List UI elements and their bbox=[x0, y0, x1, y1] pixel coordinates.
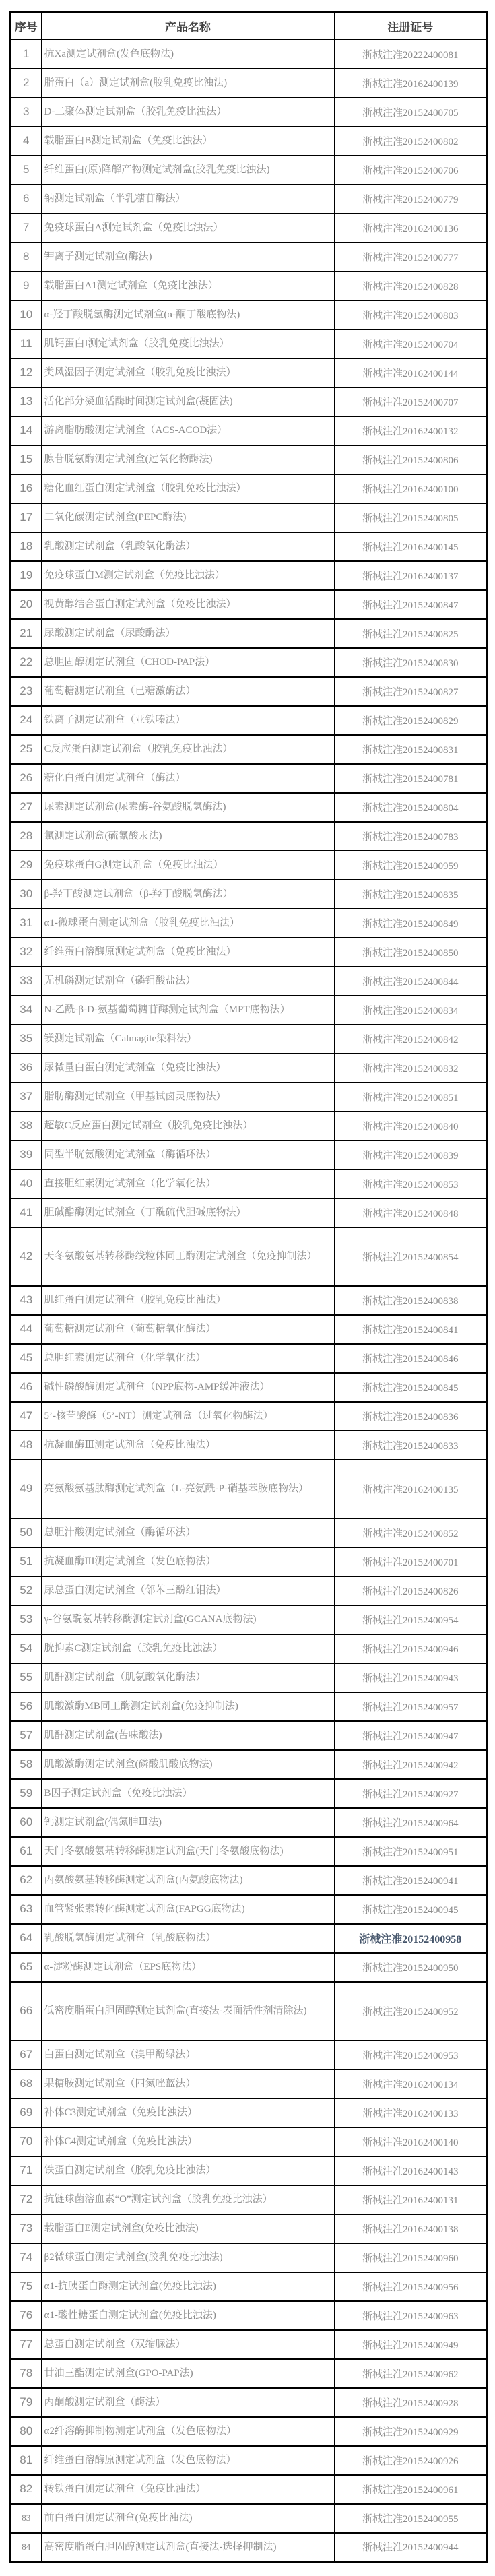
product-name-cell: 脂肪酶测定试剂盒（甲基试卤灵底物法） bbox=[42, 1083, 335, 1112]
cert-number-cell: 浙械注准20152400953 bbox=[335, 2040, 487, 2069]
table-row: 80α2纤溶酶抑制物测定试剂盒（发色底物法）浙械注准20152400929 bbox=[11, 2417, 487, 2446]
table-row: 7免疫球蛋白A测定试剂盒（免疫比浊法）浙械注准20162400136 bbox=[11, 214, 487, 243]
table-row: 25C反应蛋白测定试剂盒（胶乳免疫比浊法）浙械注准20152400831 bbox=[11, 735, 487, 764]
row-number-cell: 12 bbox=[11, 358, 42, 387]
table-row: 16糖化血红蛋白测定试剂盒（胶乳免疫比浊法）浙械注准20162400100 bbox=[11, 474, 487, 503]
row-number-cell: 3 bbox=[11, 98, 42, 127]
table-row: 27尿素测定试剂盒(尿素酶-谷氨酸脱氢酶法)浙械注准20152400804 bbox=[11, 793, 487, 822]
table-row: 65α-淀粉酶测定试剂盒（EPS底物法）浙械注准20152400950 bbox=[11, 1953, 487, 1982]
table-header: 序号 产品名称 注册证号 bbox=[11, 13, 487, 40]
table-row: 1抗Xa测定试剂盒(发色底物法)浙械注准20222400081 bbox=[11, 40, 487, 69]
cert-number-cell: 浙械注准20152400842 bbox=[335, 1025, 487, 1054]
row-number-cell: 66 bbox=[11, 1982, 42, 2040]
cert-number-cell: 浙械注准20152400704 bbox=[335, 329, 487, 358]
table-row: 72抗链球菌溶血素“O”测定试剂盒（胶乳免疫比浊法）浙械注准2016240013… bbox=[11, 2185, 487, 2214]
product-name-cell: 尿酸测定试剂盒（尿酸酶法） bbox=[42, 619, 335, 648]
row-number-cell: 6 bbox=[11, 185, 42, 214]
table-row: 54胱抑素C测定试剂盒（胶乳免疫比浊法）浙械注准20152400946 bbox=[11, 1634, 487, 1663]
table-row: 61天门冬氨酸氨基转移酶测定试剂盒(天门冬氨酸底物法)浙械注准201524009… bbox=[11, 1837, 487, 1866]
table-row: 75α1-抗胰蛋白酶测定试剂盒(免疫比浊法)浙械注准20152400956 bbox=[11, 2272, 487, 2301]
product-name-cell: 葡萄糖测定试剂盒（葡萄糖氧化酶法） bbox=[42, 1315, 335, 1344]
cert-number-cell: 浙械注准20152400831 bbox=[335, 735, 487, 764]
product-name-cell: 二氧化碳测定试剂盒(PEPC酶法) bbox=[42, 503, 335, 532]
table-row: 6钠测定试剂盒（半乳糖苷酶法）浙械注准20152400779 bbox=[11, 185, 487, 214]
cert-number-cell: 浙械注准20152400705 bbox=[335, 98, 487, 127]
cert-number-cell: 浙械注准20152400958 bbox=[335, 1924, 487, 1953]
cert-number-cell: 浙械注准20162400135 bbox=[335, 1460, 487, 1518]
header-serial-number: 序号 bbox=[11, 13, 42, 40]
cert-number-cell: 浙械注准20162400133 bbox=[335, 2098, 487, 2127]
row-number-cell: 45 bbox=[11, 1344, 42, 1373]
row-number-cell: 58 bbox=[11, 1750, 42, 1779]
row-number-cell: 69 bbox=[11, 2098, 42, 2127]
product-name-cell: α-羟丁酸脱氢酶测定试剂盒(α-酮丁酸底物法) bbox=[42, 300, 335, 329]
cert-number-cell: 浙械注准20152400929 bbox=[335, 2417, 487, 2446]
row-number-cell: 7 bbox=[11, 214, 42, 243]
row-number-cell: 82 bbox=[11, 2475, 42, 2504]
product-name-cell: 糖化血红蛋白测定试剂盒（胶乳免疫比浊法） bbox=[42, 474, 335, 503]
cert-number-cell: 浙械注准20152400804 bbox=[335, 793, 487, 822]
table-row: 49亮氨酸氨基肽酶测定试剂盒（L-亮氨酰-P-硝基苯胺底物法）浙械注准20162… bbox=[11, 1460, 487, 1518]
table-row: 81纤维蛋白溶酶原测定试剂盒（发色底物法）浙械注准20152400926 bbox=[11, 2446, 487, 2475]
row-number-cell: 77 bbox=[11, 2330, 42, 2359]
product-name-cell: 肌酸激酶测定试剂盒(磷酸肌酸底物法) bbox=[42, 1750, 335, 1779]
table-row: 68果糖胺测定试剂盒（四氮唑蓝法）浙械注准20162400134 bbox=[11, 2069, 487, 2098]
product-name-cell: 钾离子测定试剂盒(酶法) bbox=[42, 243, 335, 271]
row-number-cell: 64 bbox=[11, 1924, 42, 1953]
table-row: 83前白蛋白测定试剂盒(免疫比浊法)浙械注准20152400955 bbox=[11, 2504, 487, 2533]
cert-number-cell: 浙械注准20152400783 bbox=[335, 822, 487, 851]
table-row: 12类风湿因子测定试剂盒（胶乳免疫比浊法）浙械注准20162400144 bbox=[11, 358, 487, 387]
product-name-cell: 钙测定试剂盒(偶氮胂Ⅲ法) bbox=[42, 1808, 335, 1837]
table-row: 11肌钙蛋白I测定试剂盒（胶乳免疫比浊法）浙械注准20152400704 bbox=[11, 329, 487, 358]
cert-number-cell: 浙械注准20162400138 bbox=[335, 2214, 487, 2243]
product-name-cell: N-乙酰-β-D-氨基葡萄糖苷酶测定试剂盒（MPT底物法） bbox=[42, 996, 335, 1025]
product-name-cell: 尿总蛋白测定试剂盒（邻苯三酚红钼法） bbox=[42, 1576, 335, 1605]
row-number-cell: 53 bbox=[11, 1605, 42, 1634]
table-row: 41胆碱酯酶测定试剂盒（丁酰硫代胆碱底物法）浙械注准20152400848 bbox=[11, 1198, 487, 1227]
row-number-cell: 34 bbox=[11, 996, 42, 1025]
product-name-cell: α-淀粉酶测定试剂盒（EPS底物法） bbox=[42, 1953, 335, 1982]
product-name-cell: 总胆固醇测定试剂盒（CHOD-PAP法） bbox=[42, 648, 335, 677]
row-number-cell: 16 bbox=[11, 474, 42, 503]
product-name-cell: 脂蛋白（a）测定试剂盒(胶乳免疫比浊法) bbox=[42, 69, 335, 98]
product-name-cell: γ-谷氨酰氨基转移酶测定试剂盒(GCANA底物法) bbox=[42, 1605, 335, 1634]
row-number-cell: 13 bbox=[11, 387, 42, 416]
row-number-cell: 84 bbox=[11, 2533, 42, 2562]
cert-number-cell: 浙械注准20152400852 bbox=[335, 1518, 487, 1547]
cert-number-cell: 浙械注准20152400841 bbox=[335, 1315, 487, 1344]
cert-number-cell: 浙械注准20152400952 bbox=[335, 1982, 487, 2040]
cert-number-cell: 浙械注准20152400943 bbox=[335, 1663, 487, 1692]
product-name-cell: 碱性磷酸酶测定试剂盒（NPP底物-AMP缓冲液法） bbox=[42, 1373, 335, 1402]
cert-number-cell: 浙械注准20152400928 bbox=[335, 2388, 487, 2417]
row-number-cell: 28 bbox=[11, 822, 42, 851]
table-row: 78甘油三酯测定试剂盒(GPO-PAP法)浙械注准20152400962 bbox=[11, 2359, 487, 2388]
row-number-cell: 83 bbox=[11, 2504, 42, 2533]
product-name-cell: 超敏C反应蛋白测定试剂盒（胶乳免疫比浊法） bbox=[42, 1112, 335, 1140]
table-row: 29免疫球蛋白G测定试剂盒（免疫比浊法）浙械注准20152400959 bbox=[11, 851, 487, 880]
table-row: 475’-核苷酸酶（5’-NT）测定试剂盒（过氧化物酶法）浙械注准2015240… bbox=[11, 1402, 487, 1431]
row-number-cell: 70 bbox=[11, 2127, 42, 2156]
product-name-cell: 肌钙蛋白I测定试剂盒（胶乳免疫比浊法） bbox=[42, 329, 335, 358]
cert-number-cell: 浙械注准20162400143 bbox=[335, 2156, 487, 2185]
row-number-cell: 80 bbox=[11, 2417, 42, 2446]
product-name-cell: 胆碱酯酶测定试剂盒（丁酰硫代胆碱底物法） bbox=[42, 1198, 335, 1227]
product-name-cell: 免疫球蛋白A测定试剂盒（免疫比浊法） bbox=[42, 214, 335, 243]
cert-number-cell: 浙械注准20152400954 bbox=[335, 1605, 487, 1634]
table-row: 38超敏C反应蛋白测定试剂盒（胶乳免疫比浊法）浙械注准20152400840 bbox=[11, 1112, 487, 1140]
table-row: 57肌酐测定试剂盒(苦味酸法)浙械注准20152400947 bbox=[11, 1721, 487, 1750]
table-row: 19免疫球蛋白M测定试剂盒（免疫比浊法）浙械注准20162400137 bbox=[11, 561, 487, 590]
row-number-cell: 21 bbox=[11, 619, 42, 648]
header-row: 序号 产品名称 注册证号 bbox=[11, 13, 487, 40]
table-row: 23葡萄糖测定试剂盒（已糖激酶法）浙械注准20152400827 bbox=[11, 677, 487, 706]
cert-number-cell: 浙械注准20152400840 bbox=[335, 1112, 487, 1140]
product-name-cell: 铁离子测定试剂盒（亚铁嗪法） bbox=[42, 706, 335, 735]
cert-number-cell: 浙械注准20152400961 bbox=[335, 2475, 487, 2504]
table-row: 36尿微量白蛋白测定试剂盒（免疫比浊法）浙械注准20152400832 bbox=[11, 1054, 487, 1083]
row-number-cell: 36 bbox=[11, 1054, 42, 1083]
table-row: 74β2微球蛋白测定试剂盒(胶乳免疫比浊法)浙械注准20152400960 bbox=[11, 2243, 487, 2272]
row-number-cell: 42 bbox=[11, 1227, 42, 1286]
table-row: 45总胆红素测定试剂盒（化学氧化法）浙械注准20152400846 bbox=[11, 1344, 487, 1373]
cert-number-cell: 浙械注准20152400845 bbox=[335, 1373, 487, 1402]
row-number-cell: 32 bbox=[11, 938, 42, 967]
row-number-cell: 25 bbox=[11, 735, 42, 764]
row-number-cell: 60 bbox=[11, 1808, 42, 1837]
cert-number-cell: 浙械注准20152400828 bbox=[335, 271, 487, 300]
row-number-cell: 20 bbox=[11, 590, 42, 619]
table-row: 62丙氨酸氨基转移酶测定试剂盒(丙氨酸底物法)浙械注准20152400941 bbox=[11, 1866, 487, 1895]
table-row: 31α1-微球蛋白测定试剂盒（胶乳免疫比浊法）浙械注准20152400849 bbox=[11, 909, 487, 938]
cert-number-cell: 浙械注准20152400963 bbox=[335, 2301, 487, 2330]
table-row: 24铁离子测定试剂盒（亚铁嗪法）浙械注准20152400829 bbox=[11, 706, 487, 735]
table-row: 51抗凝血酶III测定试剂盒（发色底物法）浙械注准20152400701 bbox=[11, 1547, 487, 1576]
product-name-cell: 铁蛋白测定试剂盒（胶乳免疫比浊法） bbox=[42, 2156, 335, 2185]
cert-number-cell: 浙械注准20152400956 bbox=[335, 2272, 487, 2301]
table-row: 84高密度脂蛋白胆固醇测定试剂盒(直接法-选择抑制法)浙械注准201524009… bbox=[11, 2533, 487, 2562]
cert-number-cell: 浙械注准20152400926 bbox=[335, 2446, 487, 2475]
cert-number-cell: 浙械注准20152400847 bbox=[335, 590, 487, 619]
row-number-cell: 39 bbox=[11, 1140, 42, 1169]
cert-number-cell: 浙械注准20152400949 bbox=[335, 2330, 487, 2359]
product-name-cell: 类风湿因子测定试剂盒（胶乳免疫比浊法） bbox=[42, 358, 335, 387]
product-name-cell: 糖化白蛋白测定试剂盒（酶法） bbox=[42, 764, 335, 793]
product-name-cell: 胱抑素C测定试剂盒（胶乳免疫比浊法） bbox=[42, 1634, 335, 1663]
cert-number-cell: 浙械注准20152400950 bbox=[335, 1953, 487, 1982]
product-name-cell: α1-酸性糖蛋白测定试剂盒(免疫比浊法) bbox=[42, 2301, 335, 2330]
cert-number-cell: 浙械注准20152400835 bbox=[335, 880, 487, 909]
table-row: 69补体C3测定试剂盒（免疫比浊法）浙械注准20162400133 bbox=[11, 2098, 487, 2127]
cert-number-cell: 浙械注准20152400960 bbox=[335, 2243, 487, 2272]
row-number-cell: 22 bbox=[11, 648, 42, 677]
table-row: 71铁蛋白测定试剂盒（胶乳免疫比浊法）浙械注准20162400143 bbox=[11, 2156, 487, 2185]
product-name-cell: 直接胆红素测定试剂盒（化学氧化法） bbox=[42, 1169, 335, 1198]
cert-number-cell: 浙械注准20152400927 bbox=[335, 1779, 487, 1808]
cert-number-cell: 浙械注准20152400947 bbox=[335, 1721, 487, 1750]
table-row: 20视黄醇结合蛋白测定试剂盒（免疫比浊法）浙械注准20152400847 bbox=[11, 590, 487, 619]
cert-number-cell: 浙械注准20152400848 bbox=[335, 1198, 487, 1227]
cert-number-cell: 浙械注准20152400701 bbox=[335, 1547, 487, 1576]
table-row: 10α-羟丁酸脱氢酶测定试剂盒(α-酮丁酸底物法)浙械注准20152400803 bbox=[11, 300, 487, 329]
product-name-cell: 尿素测定试剂盒(尿素酶-谷氨酸脱氢酶法) bbox=[42, 793, 335, 822]
product-name-cell: β-羟丁酸测定试剂盒（β-羟丁酸脱氢酶法） bbox=[42, 880, 335, 909]
row-number-cell: 15 bbox=[11, 445, 42, 474]
table-row: 73载脂蛋白E测定试剂盒(免疫比浊法)浙械注准20162400138 bbox=[11, 2214, 487, 2243]
cert-number-cell: 浙械注准20152400844 bbox=[335, 967, 487, 996]
cert-number-cell: 浙械注准20152400964 bbox=[335, 1808, 487, 1837]
product-name-cell: B因子测定试剂盒（免疫比浊法） bbox=[42, 1779, 335, 1808]
row-number-cell: 1 bbox=[11, 40, 42, 69]
row-number-cell: 44 bbox=[11, 1315, 42, 1344]
cert-number-cell: 浙械注准20162400145 bbox=[335, 532, 487, 561]
cert-number-cell: 浙械注准20152400849 bbox=[335, 909, 487, 938]
product-name-cell: 载脂蛋白E测定试剂盒(免疫比浊法) bbox=[42, 2214, 335, 2243]
product-name-cell: D-二聚体测定试剂盒（胶乳免疫比浊法） bbox=[42, 98, 335, 127]
row-number-cell: 5 bbox=[11, 156, 42, 185]
product-name-cell: 游离脂肪酸测定试剂盒（ACS-ACOD法） bbox=[42, 416, 335, 445]
table-row: 18乳酸测定试剂盒（乳酸氧化酶法）浙械注准20162400145 bbox=[11, 532, 487, 561]
row-number-cell: 81 bbox=[11, 2446, 42, 2475]
table-row: 37脂肪酶测定试剂盒（甲基试卤灵底物法）浙械注准20152400851 bbox=[11, 1083, 487, 1112]
product-name-cell: 转铁蛋白测定试剂盒（免疫比浊法） bbox=[42, 2475, 335, 2504]
cert-number-cell: 浙械注准20152400853 bbox=[335, 1169, 487, 1198]
product-name-cell: 前白蛋白测定试剂盒(免疫比浊法) bbox=[42, 2504, 335, 2533]
cert-number-cell: 浙械注准20152400707 bbox=[335, 387, 487, 416]
cert-number-cell: 浙械注准20152400951 bbox=[335, 1837, 487, 1866]
cert-number-cell: 浙械注准20152400850 bbox=[335, 938, 487, 967]
product-name-cell: 总蛋白测定试剂盒（双缩脲法） bbox=[42, 2330, 335, 2359]
cert-number-cell: 浙械注准20162400132 bbox=[335, 416, 487, 445]
row-number-cell: 46 bbox=[11, 1373, 42, 1402]
row-number-cell: 67 bbox=[11, 2040, 42, 2069]
row-number-cell: 49 bbox=[11, 1460, 42, 1518]
cert-number-cell: 浙械注准20162400139 bbox=[335, 69, 487, 98]
row-number-cell: 41 bbox=[11, 1198, 42, 1227]
cert-number-cell: 浙械注准20152400825 bbox=[335, 619, 487, 648]
product-name-cell: 镁测定试剂盒（Calmagite染料法） bbox=[42, 1025, 335, 1054]
table-row: 21尿酸测定试剂盒（尿酸酶法）浙械注准20152400825 bbox=[11, 619, 487, 648]
table-row: 70补体C4测定试剂盒（免疫比浊法）浙械注准20162400140 bbox=[11, 2127, 487, 2156]
product-name-cell: 天门冬氨酸氨基转移酶测定试剂盒(天门冬氨酸底物法) bbox=[42, 1837, 335, 1866]
row-number-cell: 71 bbox=[11, 2156, 42, 2185]
table-row: 39同型半胱氨酸测定试剂盒（酶循环法）浙械注准20152400839 bbox=[11, 1140, 487, 1169]
row-number-cell: 11 bbox=[11, 329, 42, 358]
row-number-cell: 17 bbox=[11, 503, 42, 532]
product-name-cell: 抗Xa测定试剂盒(发色底物法) bbox=[42, 40, 335, 69]
table-row: 44葡萄糖测定试剂盒（葡萄糖氧化酶法）浙械注准20152400841 bbox=[11, 1315, 487, 1344]
cert-number-cell: 浙械注准20152400957 bbox=[335, 1692, 487, 1721]
row-number-cell: 50 bbox=[11, 1518, 42, 1547]
product-name-cell: 低密度脂蛋白胆固醇测定试剂盒(直接法-表面活性剂清除法) bbox=[42, 1982, 335, 2040]
cert-number-cell: 浙械注准20152400830 bbox=[335, 648, 487, 677]
row-number-cell: 43 bbox=[11, 1286, 42, 1315]
cert-number-cell: 浙械注准20152400959 bbox=[335, 851, 487, 880]
row-number-cell: 2 bbox=[11, 69, 42, 98]
product-name-cell: 肌酐测定试剂盒(苦味酸法) bbox=[42, 1721, 335, 1750]
table-row: 43肌红蛋白测定试剂盒（胶乳免疫比浊法）浙械注准20152400838 bbox=[11, 1286, 487, 1315]
product-name-cell: 甘油三酯测定试剂盒(GPO-PAP法) bbox=[42, 2359, 335, 2388]
cert-number-cell: 浙械注准20152400854 bbox=[335, 1227, 487, 1286]
header-cert-number: 注册证号 bbox=[335, 13, 487, 40]
row-number-cell: 24 bbox=[11, 706, 42, 735]
table-row: 53γ-谷氨酰氨基转移酶测定试剂盒(GCANA底物法)浙械注准201524009… bbox=[11, 1605, 487, 1634]
cert-number-cell: 浙械注准20162400140 bbox=[335, 2127, 487, 2156]
product-name-cell: 纤维蛋白溶酶原测定试剂盒（免疫比浊法） bbox=[42, 938, 335, 967]
table-row: 32纤维蛋白溶酶原测定试剂盒（免疫比浊法）浙械注准20152400850 bbox=[11, 938, 487, 967]
product-name-cell: 抗凝血酶III测定试剂盒（发色底物法） bbox=[42, 1547, 335, 1576]
product-name-cell: 丙酮酸测定试剂盒（酶法） bbox=[42, 2388, 335, 2417]
product-name-cell: 肌酐测定试剂盒（肌氨酸氧化酶法） bbox=[42, 1663, 335, 1692]
row-number-cell: 63 bbox=[11, 1895, 42, 1924]
table-row: 63血管紧张素转化酶测定试剂盒(FAPGG底物法)浙械注准20152400945 bbox=[11, 1895, 487, 1924]
cert-number-cell: 浙械注准20152400946 bbox=[335, 1634, 487, 1663]
table-row: 8钾离子测定试剂盒(酶法)浙械注准20152400777 bbox=[11, 243, 487, 271]
header-product-name: 产品名称 bbox=[42, 13, 335, 40]
cert-number-cell: 浙械注准20152400706 bbox=[335, 156, 487, 185]
table-row: 5纤维蛋白(原)降解产物测定试剂盒(胶乳免疫比浊法)浙械注准2015240070… bbox=[11, 156, 487, 185]
table-row: 79丙酮酸测定试剂盒（酶法）浙械注准20152400928 bbox=[11, 2388, 487, 2417]
cert-number-cell: 浙械注准20162400144 bbox=[335, 358, 487, 387]
table-body: 1抗Xa测定试剂盒(发色底物法)浙械注准202224000812脂蛋白（a）测定… bbox=[11, 40, 487, 2562]
table-row: 13活化部分凝血活酶时间测定试剂盒(凝固法)浙械注准20152400707 bbox=[11, 387, 487, 416]
table-row: 15腺苷脱氨酶测定试剂盒(过氧化物酶法)浙械注准20152400806 bbox=[11, 445, 487, 474]
product-name-cell: 氯测定试剂盒(硫氰酸汞法) bbox=[42, 822, 335, 851]
cert-number-cell: 浙械注准20152400941 bbox=[335, 1866, 487, 1895]
table-row: 52尿总蛋白测定试剂盒（邻苯三酚红钼法）浙械注准20152400826 bbox=[11, 1576, 487, 1605]
product-name-cell: 纤维蛋白(原)降解产物测定试剂盒(胶乳免疫比浊法) bbox=[42, 156, 335, 185]
cert-number-cell: 浙械注准20152400834 bbox=[335, 996, 487, 1025]
cert-number-cell: 浙械注准20162400136 bbox=[335, 214, 487, 243]
cert-number-cell: 浙械注准20152400839 bbox=[335, 1140, 487, 1169]
table-row: 67白蛋白测定试剂盒（溴甲酚绿法）浙械注准20152400953 bbox=[11, 2040, 487, 2069]
row-number-cell: 18 bbox=[11, 532, 42, 561]
product-name-cell: 活化部分凝血活酶时间测定试剂盒(凝固法) bbox=[42, 387, 335, 416]
table-row: 82转铁蛋白测定试剂盒（免疫比浊法）浙械注准20152400961 bbox=[11, 2475, 487, 2504]
table-row: 4载脂蛋白B测定试剂盒（免疫比浊法）浙械注准20152400802 bbox=[11, 127, 487, 156]
product-name-cell: α1-微球蛋白测定试剂盒（胶乳免疫比浊法） bbox=[42, 909, 335, 938]
cert-number-cell: 浙械注准20152400962 bbox=[335, 2359, 487, 2388]
product-name-cell: 载脂蛋白B测定试剂盒（免疫比浊法） bbox=[42, 127, 335, 156]
product-name-cell: α2纤溶酶抑制物测定试剂盒（发色底物法） bbox=[42, 2417, 335, 2446]
row-number-cell: 52 bbox=[11, 1576, 42, 1605]
product-name-cell: 高密度脂蛋白胆固醇测定试剂盒(直接法-选择抑制法) bbox=[42, 2533, 335, 2562]
cert-number-cell: 浙械注准20152400803 bbox=[335, 300, 487, 329]
product-name-cell: 丙氨酸氨基转移酶测定试剂盒(丙氨酸底物法) bbox=[42, 1866, 335, 1895]
table-row: 22总胆固醇测定试剂盒（CHOD-PAP法）浙械注准20152400830 bbox=[11, 648, 487, 677]
product-name-cell: 视黄醇结合蛋白测定试剂盒（免疫比浊法） bbox=[42, 590, 335, 619]
table-row: 28氯测定试剂盒(硫氰酸汞法)浙械注准20152400783 bbox=[11, 822, 487, 851]
row-number-cell: 38 bbox=[11, 1112, 42, 1140]
product-name-cell: 免疫球蛋白M测定试剂盒（免疫比浊法） bbox=[42, 561, 335, 590]
row-number-cell: 51 bbox=[11, 1547, 42, 1576]
table-row: 34N-乙酰-β-D-氨基葡萄糖苷酶测定试剂盒（MPT底物法）浙械注准20152… bbox=[11, 996, 487, 1025]
row-number-cell: 68 bbox=[11, 2069, 42, 2098]
cert-number-cell: 浙械注准20152400806 bbox=[335, 445, 487, 474]
product-name-cell: 抗凝血酶Ⅲ测定试剂盒（免疫比浊法） bbox=[42, 1431, 335, 1460]
row-number-cell: 57 bbox=[11, 1721, 42, 1750]
product-name-cell: 果糖胺测定试剂盒（四氮唑蓝法） bbox=[42, 2069, 335, 2098]
table-row: 48抗凝血酶Ⅲ测定试剂盒（免疫比浊法）浙械注准20152400833 bbox=[11, 1431, 487, 1460]
table-row: 14游离脂肪酸测定试剂盒（ACS-ACOD法）浙械注准20162400132 bbox=[11, 416, 487, 445]
row-number-cell: 79 bbox=[11, 2388, 42, 2417]
product-name-cell: 白蛋白测定试剂盒（溴甲酚绿法） bbox=[42, 2040, 335, 2069]
table-row: 66低密度脂蛋白胆固醇测定试剂盒(直接法-表面活性剂清除法)浙械注准201524… bbox=[11, 1982, 487, 2040]
table-row: 46碱性磷酸酶测定试剂盒（NPP底物-AMP缓冲液法）浙械注准201524008… bbox=[11, 1373, 487, 1402]
cert-number-cell: 浙械注准20152400779 bbox=[335, 185, 487, 214]
row-number-cell: 33 bbox=[11, 967, 42, 996]
table-row: 55肌酐测定试剂盒（肌氨酸氧化酶法）浙械注准20152400943 bbox=[11, 1663, 487, 1692]
cert-number-cell: 浙械注准20152400805 bbox=[335, 503, 487, 532]
product-name-cell: 亮氨酸氨基肽酶测定试剂盒（L-亮氨酰-P-硝基苯胺底物法） bbox=[42, 1460, 335, 1518]
row-number-cell: 9 bbox=[11, 271, 42, 300]
product-name-cell: 5’-核苷酸酶（5’-NT）测定试剂盒（过氧化物酶法） bbox=[42, 1402, 335, 1431]
product-name-cell: 腺苷脱氨酶测定试剂盒(过氧化物酶法) bbox=[42, 445, 335, 474]
product-name-cell: C反应蛋白测定试剂盒（胶乳免疫比浊法） bbox=[42, 735, 335, 764]
row-number-cell: 75 bbox=[11, 2272, 42, 2301]
product-name-cell: 血管紧张素转化酶测定试剂盒(FAPGG底物法) bbox=[42, 1895, 335, 1924]
product-name-cell: 免疫球蛋白G测定试剂盒（免疫比浊法） bbox=[42, 851, 335, 880]
row-number-cell: 23 bbox=[11, 677, 42, 706]
document-page: 序号 产品名称 注册证号 1抗Xa测定试剂盒(发色底物法)浙械注准2022240… bbox=[0, 0, 495, 2576]
row-number-cell: 10 bbox=[11, 300, 42, 329]
row-number-cell: 73 bbox=[11, 2214, 42, 2243]
cert-number-cell: 浙械注准20152400944 bbox=[335, 2533, 487, 2562]
product-name-cell: 天冬氨酸氨基转移酶线粒体同工酶测定试剂盒（免疫抑制法） bbox=[42, 1227, 335, 1286]
product-name-cell: 无机磷测定试剂盒（磷钼酸盐法） bbox=[42, 967, 335, 996]
table-row: 56肌酸激酶MB同工酶测定试剂盒(免疫抑制法)浙械注准20152400957 bbox=[11, 1692, 487, 1721]
row-number-cell: 78 bbox=[11, 2359, 42, 2388]
cert-number-cell: 浙械注准20152400833 bbox=[335, 1431, 487, 1460]
product-name-cell: 同型半胱氨酸测定试剂盒（酶循环法） bbox=[42, 1140, 335, 1169]
table-row: 9载脂蛋白A1测定试剂盒（免疫比浊法）浙械注准20152400828 bbox=[11, 271, 487, 300]
cert-number-cell: 浙械注准20222400081 bbox=[335, 40, 487, 69]
table-row: 77总蛋白测定试剂盒（双缩脲法）浙械注准20152400949 bbox=[11, 2330, 487, 2359]
product-name-cell: 总胆汁酸测定试剂盒（酶循环法） bbox=[42, 1518, 335, 1547]
cert-number-cell: 浙械注准20152400829 bbox=[335, 706, 487, 735]
cert-number-cell: 浙械注准20152400846 bbox=[335, 1344, 487, 1373]
row-number-cell: 72 bbox=[11, 2185, 42, 2214]
product-name-cell: 抗链球菌溶血素“O”测定试剂盒（胶乳免疫比浊法） bbox=[42, 2185, 335, 2214]
product-name-cell: 尿微量白蛋白测定试剂盒（免疫比浊法） bbox=[42, 1054, 335, 1083]
cert-number-cell: 浙械注准20152400832 bbox=[335, 1054, 487, 1083]
row-number-cell: 31 bbox=[11, 909, 42, 938]
row-number-cell: 14 bbox=[11, 416, 42, 445]
row-number-cell: 4 bbox=[11, 127, 42, 156]
product-name-cell: α1-抗胰蛋白酶测定试剂盒(免疫比浊法) bbox=[42, 2272, 335, 2301]
row-number-cell: 74 bbox=[11, 2243, 42, 2272]
cert-number-cell: 浙械注准20152400802 bbox=[335, 127, 487, 156]
row-number-cell: 65 bbox=[11, 1953, 42, 1982]
row-number-cell: 54 bbox=[11, 1634, 42, 1663]
product-name-cell: 肌红蛋白测定试剂盒（胶乳免疫比浊法） bbox=[42, 1286, 335, 1315]
table-row: 2脂蛋白（a）测定试剂盒(胶乳免疫比浊法)浙械注准20162400139 bbox=[11, 69, 487, 98]
cert-number-cell: 浙械注准20152400838 bbox=[335, 1286, 487, 1315]
cert-number-cell: 浙械注准20152400826 bbox=[335, 1576, 487, 1605]
row-number-cell: 48 bbox=[11, 1431, 42, 1460]
row-number-cell: 29 bbox=[11, 851, 42, 880]
table-row: 3D-二聚体测定试剂盒（胶乳免疫比浊法）浙械注准20152400705 bbox=[11, 98, 487, 127]
table-row: 42天冬氨酸氨基转移酶线粒体同工酶测定试剂盒（免疫抑制法）浙械注准2015240… bbox=[11, 1227, 487, 1286]
table-row: 76α1-酸性糖蛋白测定试剂盒(免疫比浊法)浙械注准20152400963 bbox=[11, 2301, 487, 2330]
product-name-cell: 补体C4测定试剂盒（免疫比浊法） bbox=[42, 2127, 335, 2156]
row-number-cell: 19 bbox=[11, 561, 42, 590]
cert-number-cell: 浙械注准20162400137 bbox=[335, 561, 487, 590]
table-row: 40直接胆红素测定试剂盒（化学氧化法）浙械注准20152400853 bbox=[11, 1169, 487, 1198]
row-number-cell: 26 bbox=[11, 764, 42, 793]
product-name-cell: β2微球蛋白测定试剂盒(胶乳免疫比浊法) bbox=[42, 2243, 335, 2272]
